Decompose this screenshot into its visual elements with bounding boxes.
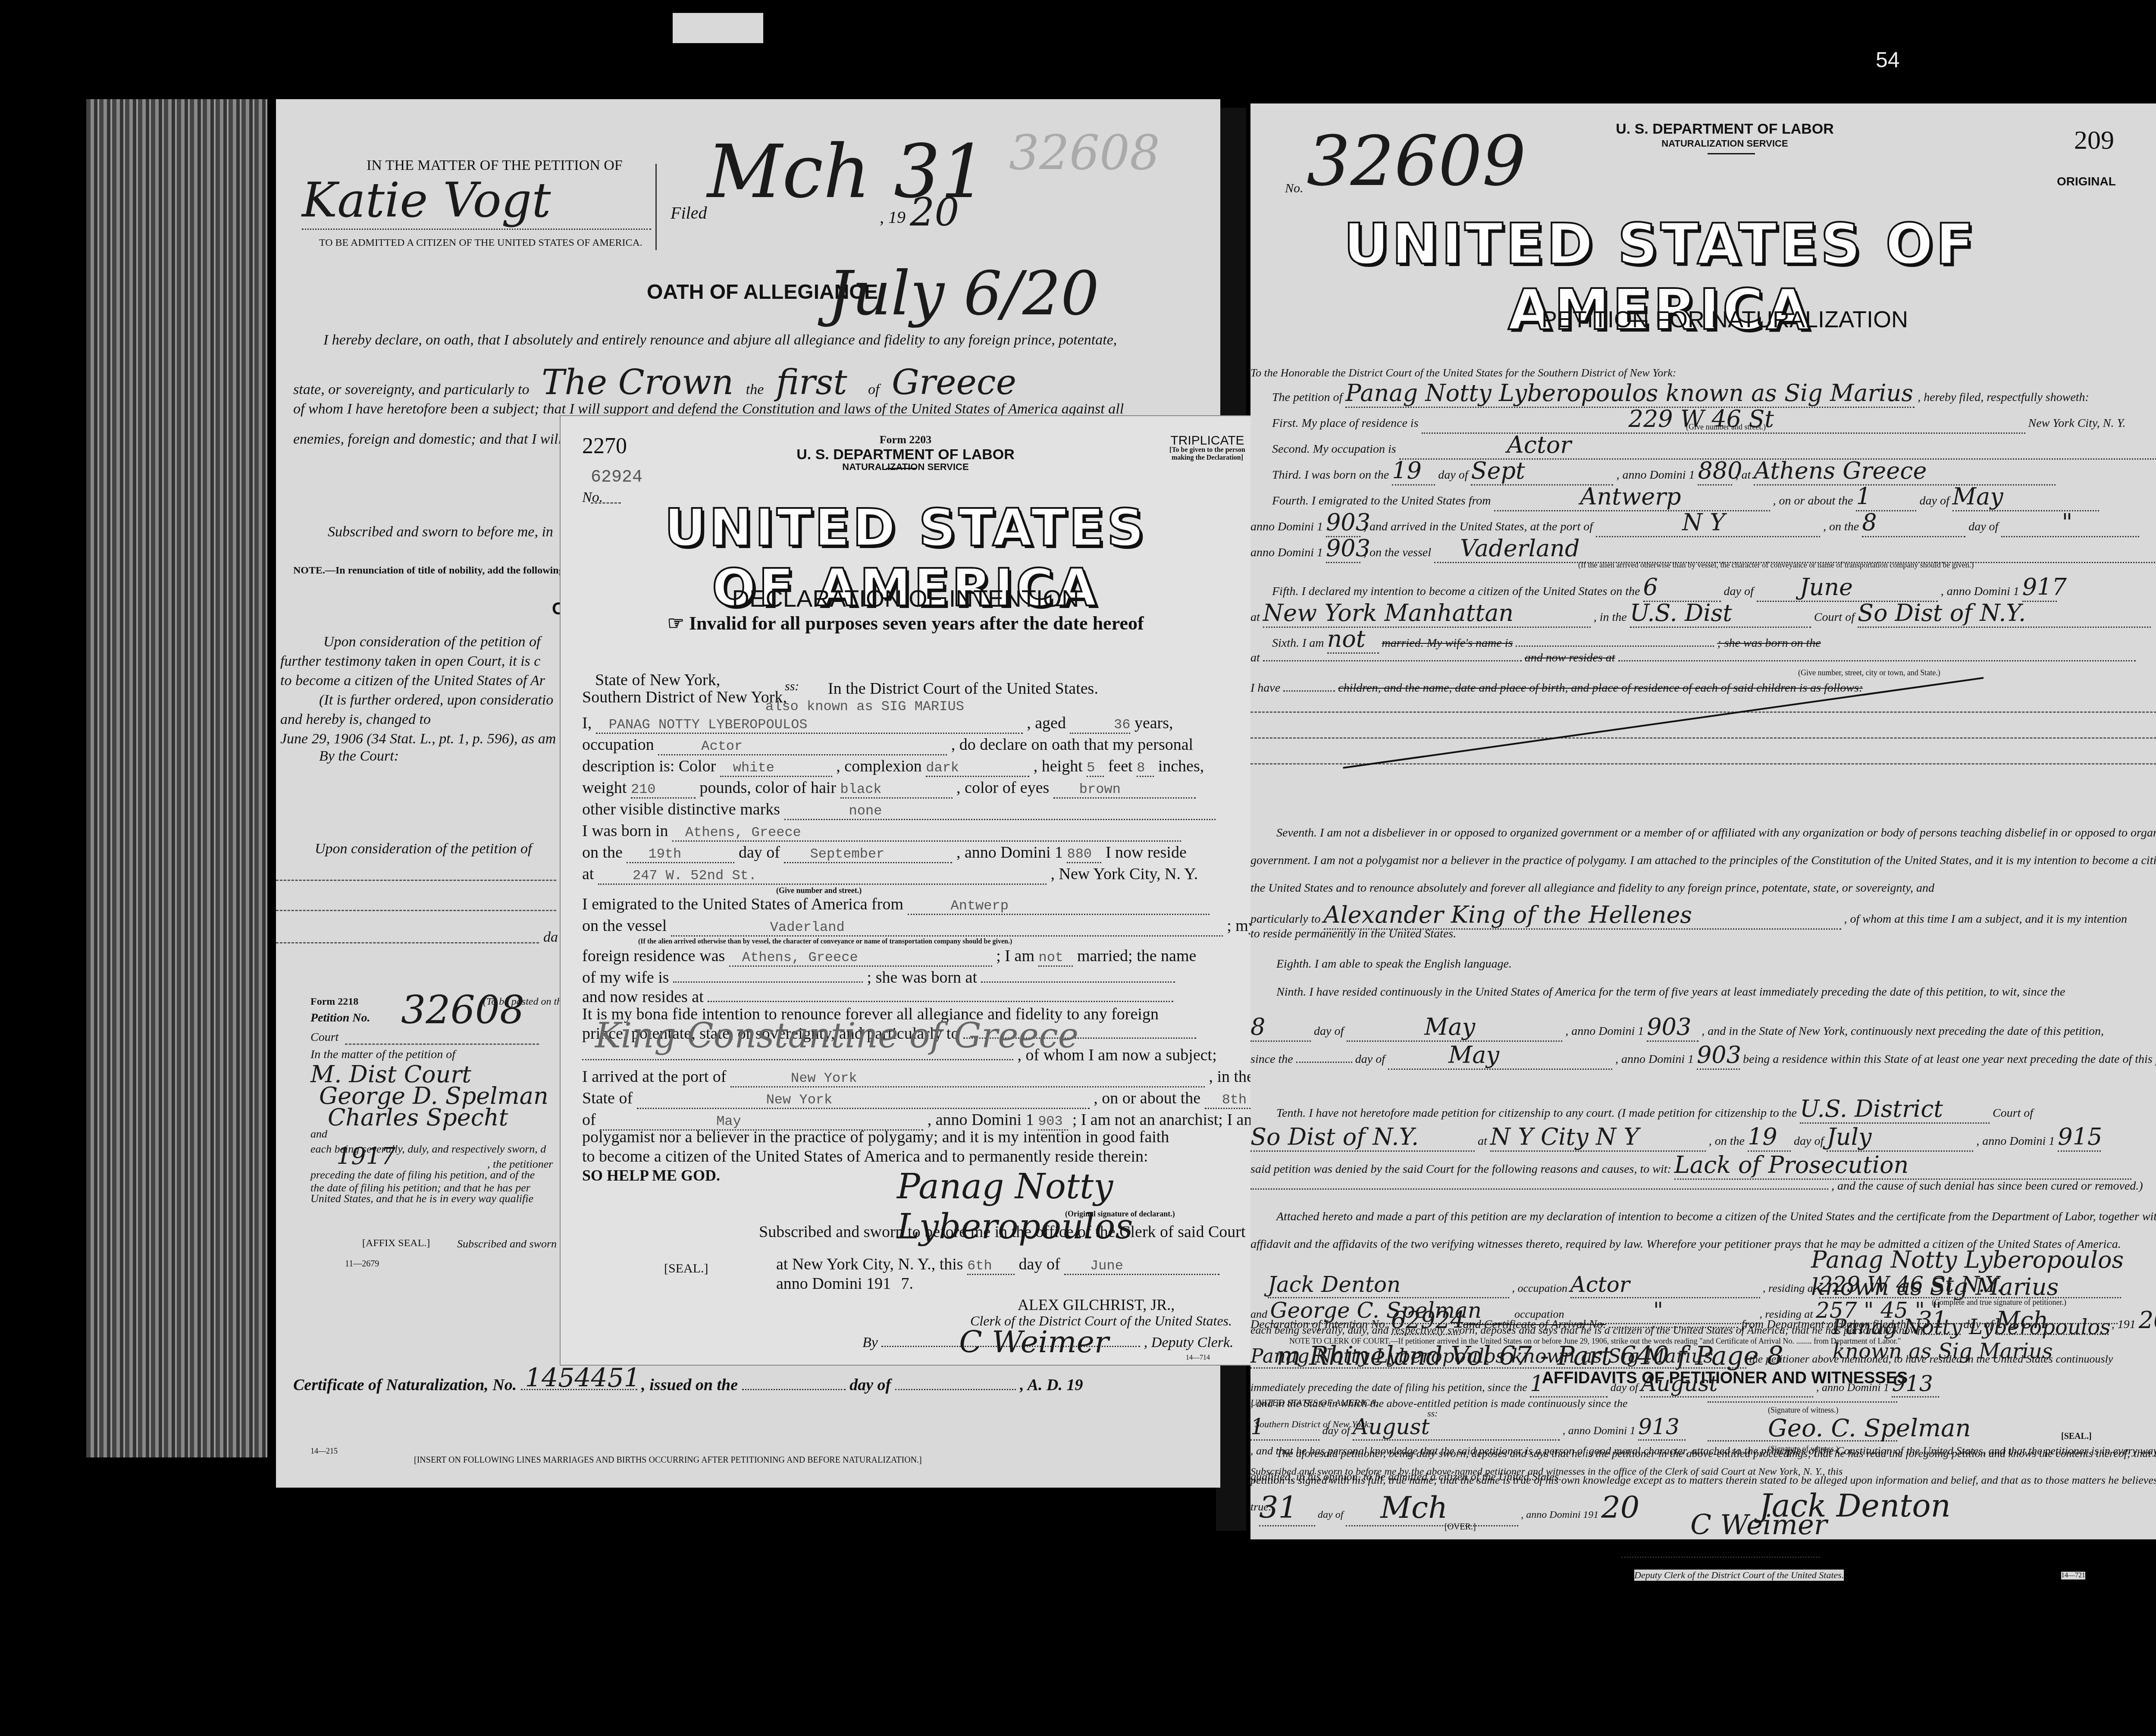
decl-born-label: I was born in (582, 822, 668, 840)
denied-end: , and the cause of such denial has since… (1831, 1179, 2143, 1193)
order-line-3: to become a citizen of the United States… (280, 673, 545, 689)
witness-sig-2-line (1708, 1440, 1897, 1441)
petition-of-label: The petition of (1272, 391, 1342, 404)
fifth-row: Fifth. I declared my intention to become… (1272, 573, 2057, 602)
cert-preceding-line: preceding the date of filing his petitio… (310, 1169, 535, 1181)
particularly-label: particularly to (1250, 912, 1321, 926)
decl-emigrated-field[interactable]: Antwerp (908, 898, 1210, 915)
decl-foreign-res-row: foreign residence was Athens, Greece ; I… (582, 946, 1196, 967)
matter-label-2: In the matter of the petition of (310, 1048, 455, 1062)
decl-anno3-row: anno Domini 191 7. (776, 1274, 913, 1293)
decl-title: DECLARATION OF INTENTION (690, 584, 1121, 612)
nobility-note: NOTE.—In renunciation of title of nobili… (293, 565, 564, 577)
decl-district-field[interactable]: So Dist of N.Y. (1858, 599, 2151, 628)
third-row: Third. I was born on the 19 day of Sept … (1272, 457, 2056, 486)
sub-month-field[interactable]: Mch (1346, 1490, 1518, 1526)
decl-foreign-res-field[interactable]: Athens, Greece (729, 949, 992, 967)
day-of-label-4: day of (1724, 585, 1754, 598)
decl-occupation-field[interactable]: Actor (658, 738, 947, 755)
decl-hair-field[interactable]: black (840, 781, 953, 799)
fourth-row: Fourth. I emigrated to the United States… (1272, 483, 2099, 511)
decl-emigrated-label: I emigrated to the United States of Amer… (582, 895, 903, 913)
tenth-at-field[interactable]: N Y City N Y (1490, 1123, 1706, 1152)
decl-seal: [SEAL.] (664, 1261, 708, 1276)
decl-complexion-label: , complexion (836, 757, 921, 775)
day-of-label: day of (1438, 468, 1468, 482)
cert-witness-3: Charles Specht (328, 1104, 508, 1131)
decl-form-code: 14—714 (1186, 1354, 1210, 1362)
children-blank-2 (1250, 737, 2156, 739)
decl-inches-label: inches, (1158, 757, 1204, 775)
ninth-year-field[interactable]: 903 (1647, 1013, 1698, 1042)
decl-form-no: Form 2203 (819, 433, 992, 446)
right-form-code: 14—721 (2061, 1572, 2085, 1579)
tenth-court-field[interactable]: U.S. District (1800, 1095, 1990, 1124)
ledger-page-edges (86, 99, 267, 1457)
petitioner-row: The petition of Panag Notty Lyberopoulos… (1272, 379, 2089, 408)
children-count-field[interactable] (1283, 690, 1335, 692)
court-blank (345, 1043, 539, 1045)
ninth-state-day-field[interactable] (1296, 1062, 1352, 1063)
decl-wife-born-field[interactable] (981, 981, 1175, 983)
copy-type: ORIGINAL (2057, 175, 2116, 188)
order2-day-partial: da (543, 929, 558, 946)
on-the-label: , on the (1823, 520, 1859, 533)
court-of-label: Court of (1814, 611, 1855, 624)
decl-court-field[interactable]: U.S. Dist (1630, 599, 1811, 628)
admit-label: TO BE ADMITTED A CITIZEN OF THE UNITED S… (319, 237, 642, 249)
married-field[interactable]: not (1327, 625, 1379, 654)
decl-sworn-row: at New York City, N. Y., this 6th day of… (776, 1255, 1219, 1275)
and-resides-label: and now resides at (1525, 651, 1615, 664)
sub-anno-label: , anno Domini 191 (1521, 1509, 1598, 1520)
witness-1-residence[interactable]: 229 W 46 St N.Y. (1819, 1272, 2121, 1298)
naturalization-number-field: 1454451 (521, 1389, 637, 1390)
matter-label: IN THE MATTER OF THE PETITION OF (367, 157, 623, 174)
cert-qualified-line: United States, and that he is in every w… (310, 1192, 533, 1205)
address-hint: (Give number, street, city or town, and … (1798, 668, 1940, 677)
decl-height-feet-field[interactable]: 5 (1087, 760, 1104, 777)
decl-month-field[interactable]: June (1757, 573, 1938, 602)
decl-year-field[interactable]: 917 (2022, 573, 2057, 602)
subject-text: , of whom at this time I am a subject, a… (1844, 912, 2127, 926)
decl-pounds-label: pounds, color of hair (699, 779, 836, 797)
decl-at-label: at (582, 865, 594, 883)
denied-reason-field-2[interactable] (1250, 1188, 1828, 1190)
order2-line-1: Upon consideration of the petition of (315, 841, 532, 857)
sub-day-label: day of (1318, 1509, 1343, 1520)
decl-venue-district: Southern District of New York, (582, 688, 787, 707)
decl-day-of-label: day of (739, 843, 780, 862)
fifth-row-2: at New York Manhattan , in the U.S. Dist… (1250, 599, 2151, 628)
decl-city-label: , New York City, N. Y. (1050, 865, 1198, 883)
decl-name-row: I, PANAG NOTTY LYBEROPOULOS , aged 36 ye… (582, 714, 1173, 734)
wife-resides-field[interactable] (1618, 660, 2136, 661)
witness-text-3: immediately preceding the date of filing… (1250, 1381, 1527, 1394)
order-by-court: By the Court: (319, 748, 399, 765)
order-line-5: and hereby is, changed to (280, 711, 431, 728)
ninth-month-field[interactable]: May (1347, 1013, 1562, 1042)
decl-oath-1: polygamist nor a believer in the practic… (582, 1128, 1169, 1147)
witness-1-name[interactable]: Jack Denton (1268, 1272, 1509, 1298)
witness-row-1: Jack Denton , occupation Actor , residin… (1268, 1272, 2121, 1298)
anno2-label: anno Domini 1 (1250, 520, 1323, 533)
decl-port-label: I arrived at the port of (582, 1068, 726, 1086)
decl-married-label-2: married; the name (1077, 947, 1196, 965)
anno4-label: , anno Domini 1 (1941, 585, 2019, 598)
decl-sworn-month-field[interactable]: June (1064, 1258, 1219, 1275)
decl-vessel-field[interactable]: Vaderland (671, 919, 1223, 937)
decl-description-label: description is: Color (582, 757, 716, 775)
decl-day-field[interactable]: 6 (1643, 573, 1721, 602)
decl-at-field[interactable]: New York Manhattan (1263, 599, 1591, 628)
second-row: Second. My occupation is Actor (1272, 431, 2156, 460)
insert-note: [INSERT ON FOLLOWING LINES MARRIAGES AND… (414, 1455, 922, 1465)
emig-day-field[interactable]: 1 (1856, 483, 1916, 511)
port-field[interactable]: N Y (1596, 509, 1820, 537)
decl-aged-label: , aged (1027, 714, 1066, 732)
decl-birthplace-field[interactable]: Athens, Greece (672, 824, 1181, 842)
oath-sovereign: The Crown (542, 362, 733, 402)
decl-age-field[interactable]: 36 (1070, 717, 1130, 734)
decl-wife-row: of my wife is ; she was born at (582, 968, 1175, 987)
oath-the-label: the (746, 382, 764, 398)
arrival-row: anno Domini 1 903 , and arrived in the U… (1250, 509, 2139, 537)
right-address: To the Honorable the District Court of t… (1250, 367, 1677, 379)
decl-description-row: description is: Color white , complexion… (582, 757, 1204, 777)
arrival-month-field[interactable]: " (2001, 509, 2139, 537)
decl-birth-day-field[interactable]: 19th (627, 846, 734, 863)
oath-country: Greece (892, 362, 1016, 402)
tenth-text: Tenth. I have not heretofore made petiti… (1276, 1106, 1797, 1120)
decl-resides-label: and now resides at (582, 988, 704, 1006)
day-of-label: day of (849, 1376, 891, 1394)
decl-number-stamp: 62924 (591, 468, 642, 487)
decl-marks-field[interactable]: none (784, 803, 1216, 820)
decl-married-label-1: ; I am (996, 947, 1034, 965)
decl-name-field[interactable]: PANAG NOTTY LYBEROPOULOS (596, 717, 1023, 734)
emig-year-field[interactable]: 903 (1326, 509, 1360, 537)
witness-2-name[interactable]: George C. Spelman (1270, 1298, 1512, 1324)
tenth-court-of-label: Court of (1993, 1106, 2033, 1120)
affix-seal: [AFFIX SEAL.] (362, 1238, 430, 1249)
pointing-hand-icon: ☞ (667, 613, 689, 634)
reside-text: to reside permanently in the United Stat… (1250, 927, 1456, 941)
arrived-label: , and arrived in the United States, at t… (1363, 520, 1593, 533)
children-blank-1 (1250, 711, 2156, 713)
top-tab (673, 13, 763, 43)
tenth-day-of-label: day of (1794, 1134, 1824, 1148)
deputy-label: Deputy Clerk of the District Court of th… (1634, 1570, 1844, 1581)
filed-year-prefix: , 19 (880, 207, 906, 227)
decl-copy-type: TRIPLICATE (1164, 433, 1250, 448)
decl-of-label: of (582, 1111, 596, 1129)
decl-street-hint: (Give number and street.) (776, 886, 862, 895)
witness-text-2: the petitioner above mentioned, to have … (1749, 1353, 2113, 1365)
third-label: Third. I was born on the (1272, 468, 1389, 482)
decl-weight-label: weight (582, 779, 627, 797)
particularly-row: particularly to Alexander King of the He… (1250, 901, 2127, 930)
resides-row: at and now resides at (1250, 651, 2136, 665)
emigrated-from-field[interactable]: Antwerp (1494, 483, 1770, 511)
occupation-field[interactable]: Actor (1399, 431, 2156, 460)
ninth-end: being a residence within this State of a… (1743, 1053, 2156, 1066)
sub-day-field[interactable]: 31 (1259, 1490, 1315, 1526)
naturalization-label: Certificate of Naturalization, No. (293, 1376, 517, 1394)
decl-oath-2: to become a citizen of the United States… (582, 1147, 1148, 1166)
wife-name-field[interactable] (1516, 646, 1714, 647)
witness-sig-2-hint: (Signature of witness.) (1768, 1445, 1838, 1454)
children-label: I have (1250, 681, 1280, 695)
tenth-on-the-label: , on the (1709, 1134, 1745, 1148)
court-label: Court (310, 1031, 338, 1044)
about-label: , on or about the (1773, 494, 1853, 508)
ninth-row-2: since the day of May , anno Domini 1 903… (1250, 1041, 2156, 1070)
vessel-hint: (If the alien arrived otherwise than by … (1578, 561, 1974, 570)
decl-birthdate-row: on the 19th day of September , anno Domi… (582, 843, 1187, 863)
tenth-day-field[interactable]: 19 (1748, 1123, 1791, 1152)
decl-warning: ☞ Invalid for all purposes seven years a… (595, 612, 1216, 634)
decl-serial-number: 2270 (582, 433, 627, 459)
decl-height-label: , height (1034, 757, 1083, 775)
witness-sig-1-hint: (Signature of witness.) (1768, 1406, 1838, 1415)
cert-subscribed: Subscribed and sworn t (457, 1238, 563, 1250)
fifth-label: Fifth. I declared my intention to become… (1272, 585, 1640, 598)
decl-color-field[interactable]: white (720, 760, 832, 777)
oath-text-2: state, or sovereignty, and particularly … (293, 382, 529, 398)
right-page-bottom: (Signature of witness.) Geo. C. Spelman … (1250, 1393, 2156, 1544)
decl-state-row: State of New York , on or about the 8th … (582, 1089, 1336, 1109)
witness-1-residing-label: , residing at (1763, 1282, 1816, 1294)
witness-1-occupation-label: , occupation (1512, 1282, 1568, 1294)
decl-vessel-row: on the vessel Vaderland ; my last (582, 916, 1283, 937)
decl-city-this-label: at New York City, N. Y., this (776, 1255, 963, 1273)
decl-declare-label: , do declare on oath that my personal (951, 736, 1193, 754)
birthplace-field[interactable]: Athens Greece (1754, 457, 2056, 486)
wife-born-at-field[interactable] (1263, 660, 1522, 661)
naturalization-row: Certificate of Naturalization, No. 14544… (293, 1376, 1083, 1394)
witness-1-occupation[interactable]: Actor (1570, 1272, 1760, 1298)
decl-eyes-field[interactable]: brown (1053, 781, 1196, 799)
ninth-day-of-label: day of (1314, 1025, 1344, 1038)
decl-warning-text: Invalid for all purposes seven years aft… (689, 613, 1144, 634)
witness-anno-1: , anno Domini 1 (1816, 1381, 1889, 1394)
children-text: children, and the name, date and place o… (1338, 681, 1863, 695)
right-department: U. S. DEPARTMENT OF LABOR (1595, 121, 1854, 138)
vessel-field[interactable]: Vaderland (1434, 535, 2156, 563)
decl-married-field[interactable]: not (1038, 949, 1073, 967)
naturalization-form-code: 14—215 (310, 1447, 338, 1456)
oath-date: July 6/20 (828, 259, 1099, 329)
decl-by-label: By (862, 1335, 878, 1351)
tenth-month-field[interactable]: July (1827, 1123, 1973, 1152)
ninth-state-year-field[interactable]: 903 (1697, 1041, 1740, 1070)
denied-reason-field[interactable]: Lack of Prosecution (1674, 1151, 2131, 1180)
witness-2-occupation-label: occupation (1514, 1308, 1564, 1320)
petition-no-label: Petition No. (310, 1011, 370, 1025)
arrival-day-field[interactable]: 8 (1862, 509, 1965, 537)
filed-label: Filed (671, 203, 707, 223)
oath-subscribed: Subscribed and sworn to before me, in (328, 524, 553, 540)
form-2218-label: Form 2218 (310, 996, 358, 1008)
decl-reside-label: I now reside (1106, 843, 1187, 862)
decl-feet-label: feet (1108, 757, 1133, 775)
cert-and-label: and (310, 1128, 327, 1141)
ninth-anno-label: , anno Domini 1 (1565, 1025, 1644, 1038)
decl-height-inches-field[interactable]: 8 (1137, 760, 1154, 777)
decl-subject-row: , of whom I am now a subject; (582, 1046, 1217, 1065)
right-title: PETITION FOR NATURALIZATION (1466, 306, 1984, 333)
witness-day-of-1: day of (1611, 1381, 1638, 1394)
decl-deputy-signature: C Weimer (959, 1324, 1109, 1360)
witness-text-1: each being severally, duly, and respecti… (1250, 1324, 2156, 1337)
petition-number: 32609 (1307, 121, 1526, 201)
petitioner-line (302, 229, 651, 230)
ninth-anno-label-2: , anno Domini 1 (1615, 1053, 1694, 1066)
order2-blank-2 (276, 910, 556, 911)
denied-row: said petition was denied by the said Cou… (1250, 1151, 2131, 1180)
cert-form-code: 11—2679 (345, 1259, 379, 1269)
order2-blank-1 (276, 880, 556, 881)
order2-blank-3 (276, 942, 539, 943)
arrival-year-field[interactable]: 903 (1326, 535, 1360, 563)
vessel-row: anno Domini 1 903 , on the vessel Vaderl… (1250, 535, 2156, 563)
header-brace (655, 164, 657, 250)
decl-in-the-label: , in the (1209, 1068, 1253, 1086)
seventh-text: Seventh. I am not a disbeliever in or op… (1250, 819, 2156, 902)
issued-label: , issued on the (641, 1376, 738, 1394)
decl-birth-month-field[interactable]: September (784, 846, 952, 863)
denied-text: said petition was denied by the said Cou… (1250, 1163, 1671, 1176)
witness-petitioner-row: Panag Notty Lyberopoulos known as Sig Ma… (1250, 1345, 2113, 1369)
decl-born-row: I was born in Athens, Greece (582, 821, 1181, 842)
at-label: , at (1735, 468, 1751, 482)
decl-so-help: SO HELP ME GOD. (582, 1166, 720, 1184)
order-line-6: June 29, 1906 (34 Stat. L., pt. 1, p. 59… (280, 731, 556, 747)
street-hint: (Give number and street.) (1686, 423, 1766, 432)
decl-wife-label: of my wife is (582, 968, 669, 987)
over-label: [OVER.] (1445, 1522, 1476, 1532)
ad-label: , A. D. 19 (1020, 1376, 1083, 1394)
decl-state-label: State of (582, 1089, 633, 1107)
decl-sworn-year: 7. (901, 1275, 913, 1293)
oath-text-2-row: state, or sovereignty, and particularly … (293, 362, 1016, 402)
birth-day-field[interactable]: 19 (1392, 457, 1435, 486)
witness-signature-2: Geo. C. Spelman (1768, 1414, 1971, 1442)
issued-day-field (742, 1389, 846, 1390)
decl-alias: also known as SIG MARIUS (765, 699, 964, 714)
decl-clerk-name: ALEX GILCHRIST, JR., (1018, 1296, 1175, 1314)
decl-venue-state: State of New York, (595, 671, 720, 689)
decl-state-field[interactable]: New York (637, 1092, 1090, 1109)
first-label: First. My place of residence is (1272, 417, 1419, 430)
corner-mark: 54 (1876, 47, 1900, 72)
decl-wife-born-label: ; she was born at (867, 968, 977, 987)
right-service: NATURALIZATION SERVICE (1639, 138, 1811, 149)
page-number: 209 (2074, 125, 2114, 156)
witness-sig-1-line (1708, 1401, 1897, 1403)
witness-petitioner-name[interactable]: Panag Notty Lyberopoulos known as Sig Ma… (1250, 1345, 1746, 1369)
decl-copy-note: [To be given to the person making the De… (1164, 446, 1250, 462)
decl-port-field[interactable]: New York (730, 1070, 1205, 1087)
emig-month-field[interactable]: May (1952, 483, 2099, 511)
decl-complexion-field[interactable]: dark (926, 760, 1029, 777)
decl-emigrated-row: I emigrated to the United States of Amer… (582, 895, 1210, 915)
ninth-state-month-field[interactable]: May (1388, 1041, 1612, 1070)
children-blank-3 (1250, 763, 2156, 765)
witness-and-label: and (1250, 1308, 1267, 1320)
birth-year-field[interactable]: 880 (1698, 457, 1732, 486)
right-rule (1708, 153, 1755, 154)
decl-occupation-row: occupation Actor , do declare on oath th… (582, 735, 1193, 755)
day-of-label-3: day of (1968, 520, 1998, 533)
decl-signature-hint: (Original signature of declarant.) (1065, 1210, 1175, 1219)
ninth-day-field[interactable]: 8 (1250, 1013, 1311, 1042)
witness-2-occupation[interactable]: " (1567, 1298, 1757, 1324)
right-seal: [SEAL.] (2061, 1432, 2092, 1441)
tenth-district-field[interactable]: So Dist of N.Y. (1250, 1123, 1475, 1152)
declaration-card: 2270 Form 2203 U. S. DEPARTMENT OF LABOR… (561, 416, 1250, 1365)
decl-subscribed: Subscribed and sworn to before me in the… (759, 1222, 1245, 1241)
cert-year: 1917 (336, 1143, 395, 1170)
naturalization-number: 1454451 (525, 1363, 640, 1393)
decl-anno3-label: anno Domini 191 (776, 1275, 891, 1293)
since-label: since the (1250, 1053, 1293, 1066)
denied-end-row: , and the cause of such denial has since… (1250, 1179, 2143, 1193)
decl-subject-label: , of whom I am now a subject; (1018, 1046, 1217, 1064)
order-line-4: (It is further ordered, upon considerati… (319, 692, 553, 708)
sovereign-field[interactable]: Alexander King of the Hellenes (1324, 901, 1841, 930)
petition-number-label: No. (1285, 181, 1304, 196)
sixth-row: Sixth. I am not married. My wife's name … (1272, 625, 1821, 654)
witness-2-residing-label: , residing at (1760, 1308, 1813, 1320)
decl-anno2-label: , anno Domini 1 (928, 1111, 1034, 1129)
decl-birth-year-field[interactable]: 880 (1067, 846, 1101, 863)
tenth-year-field[interactable]: 915 (2058, 1123, 2101, 1152)
birth-month-field[interactable]: Sept (1471, 457, 1613, 486)
decl-eyes-label: , color of eyes (956, 779, 1049, 797)
decl-rule-1 (886, 468, 916, 469)
decl-department: U. S. DEPARTMENT OF LABOR (776, 446, 1035, 463)
decl-residence-field[interactable]: 247 W. 52nd St. (598, 868, 1047, 885)
order-line-2: further testimony taken in open Court, i… (280, 653, 540, 670)
deputy-line (1621, 1557, 1820, 1558)
oath-sovereign-2: first (776, 362, 847, 402)
decl-subject-field[interactable] (582, 1059, 1013, 1060)
vessel-label: , on the vessel (1363, 546, 1431, 559)
decl-weight-field[interactable]: 210 (631, 781, 696, 799)
petitioner-name-field[interactable]: Panag Notty Lyberopoulos known as Sig Ma… (1345, 379, 1915, 408)
decl-service: NATURALIZATION SERVICE (819, 461, 992, 473)
decl-vessel-label: on the vessel (582, 917, 667, 935)
subscribed-text: Subscribed and sworn to before me by the… (1250, 1466, 1843, 1478)
decl-marks-label: other visible distinctive marks (582, 800, 780, 818)
decl-sworn-day-field[interactable]: 6th (967, 1258, 1015, 1275)
oath-text-3: of whom I have heretofore been a subject… (293, 401, 1181, 417)
decl-day-of2-label: day of (1019, 1255, 1060, 1273)
order-line-1: Upon consideration of the petition of (323, 634, 540, 650)
petitioner-signature: Katie Vogt (302, 172, 551, 228)
subscribed-date-row: 31 day of Mch , anno Domini 191 20 (1259, 1490, 1639, 1526)
decl-resides-field[interactable] (708, 1001, 1173, 1002)
witness-2-residence[interactable]: 257 " 45 " " (1816, 1298, 2118, 1324)
decl-venue-ss: ss: (785, 679, 799, 694)
decl-marks-row: other visible distinctive marks none (582, 800, 1216, 820)
filed-label: , hereby filed, respectfully showeth: (1918, 391, 2089, 404)
second-label: Second. My occupation is (1272, 442, 1396, 456)
decl-resides-row: and now resides at (582, 987, 1173, 1006)
decl-wife-field[interactable] (673, 981, 863, 983)
